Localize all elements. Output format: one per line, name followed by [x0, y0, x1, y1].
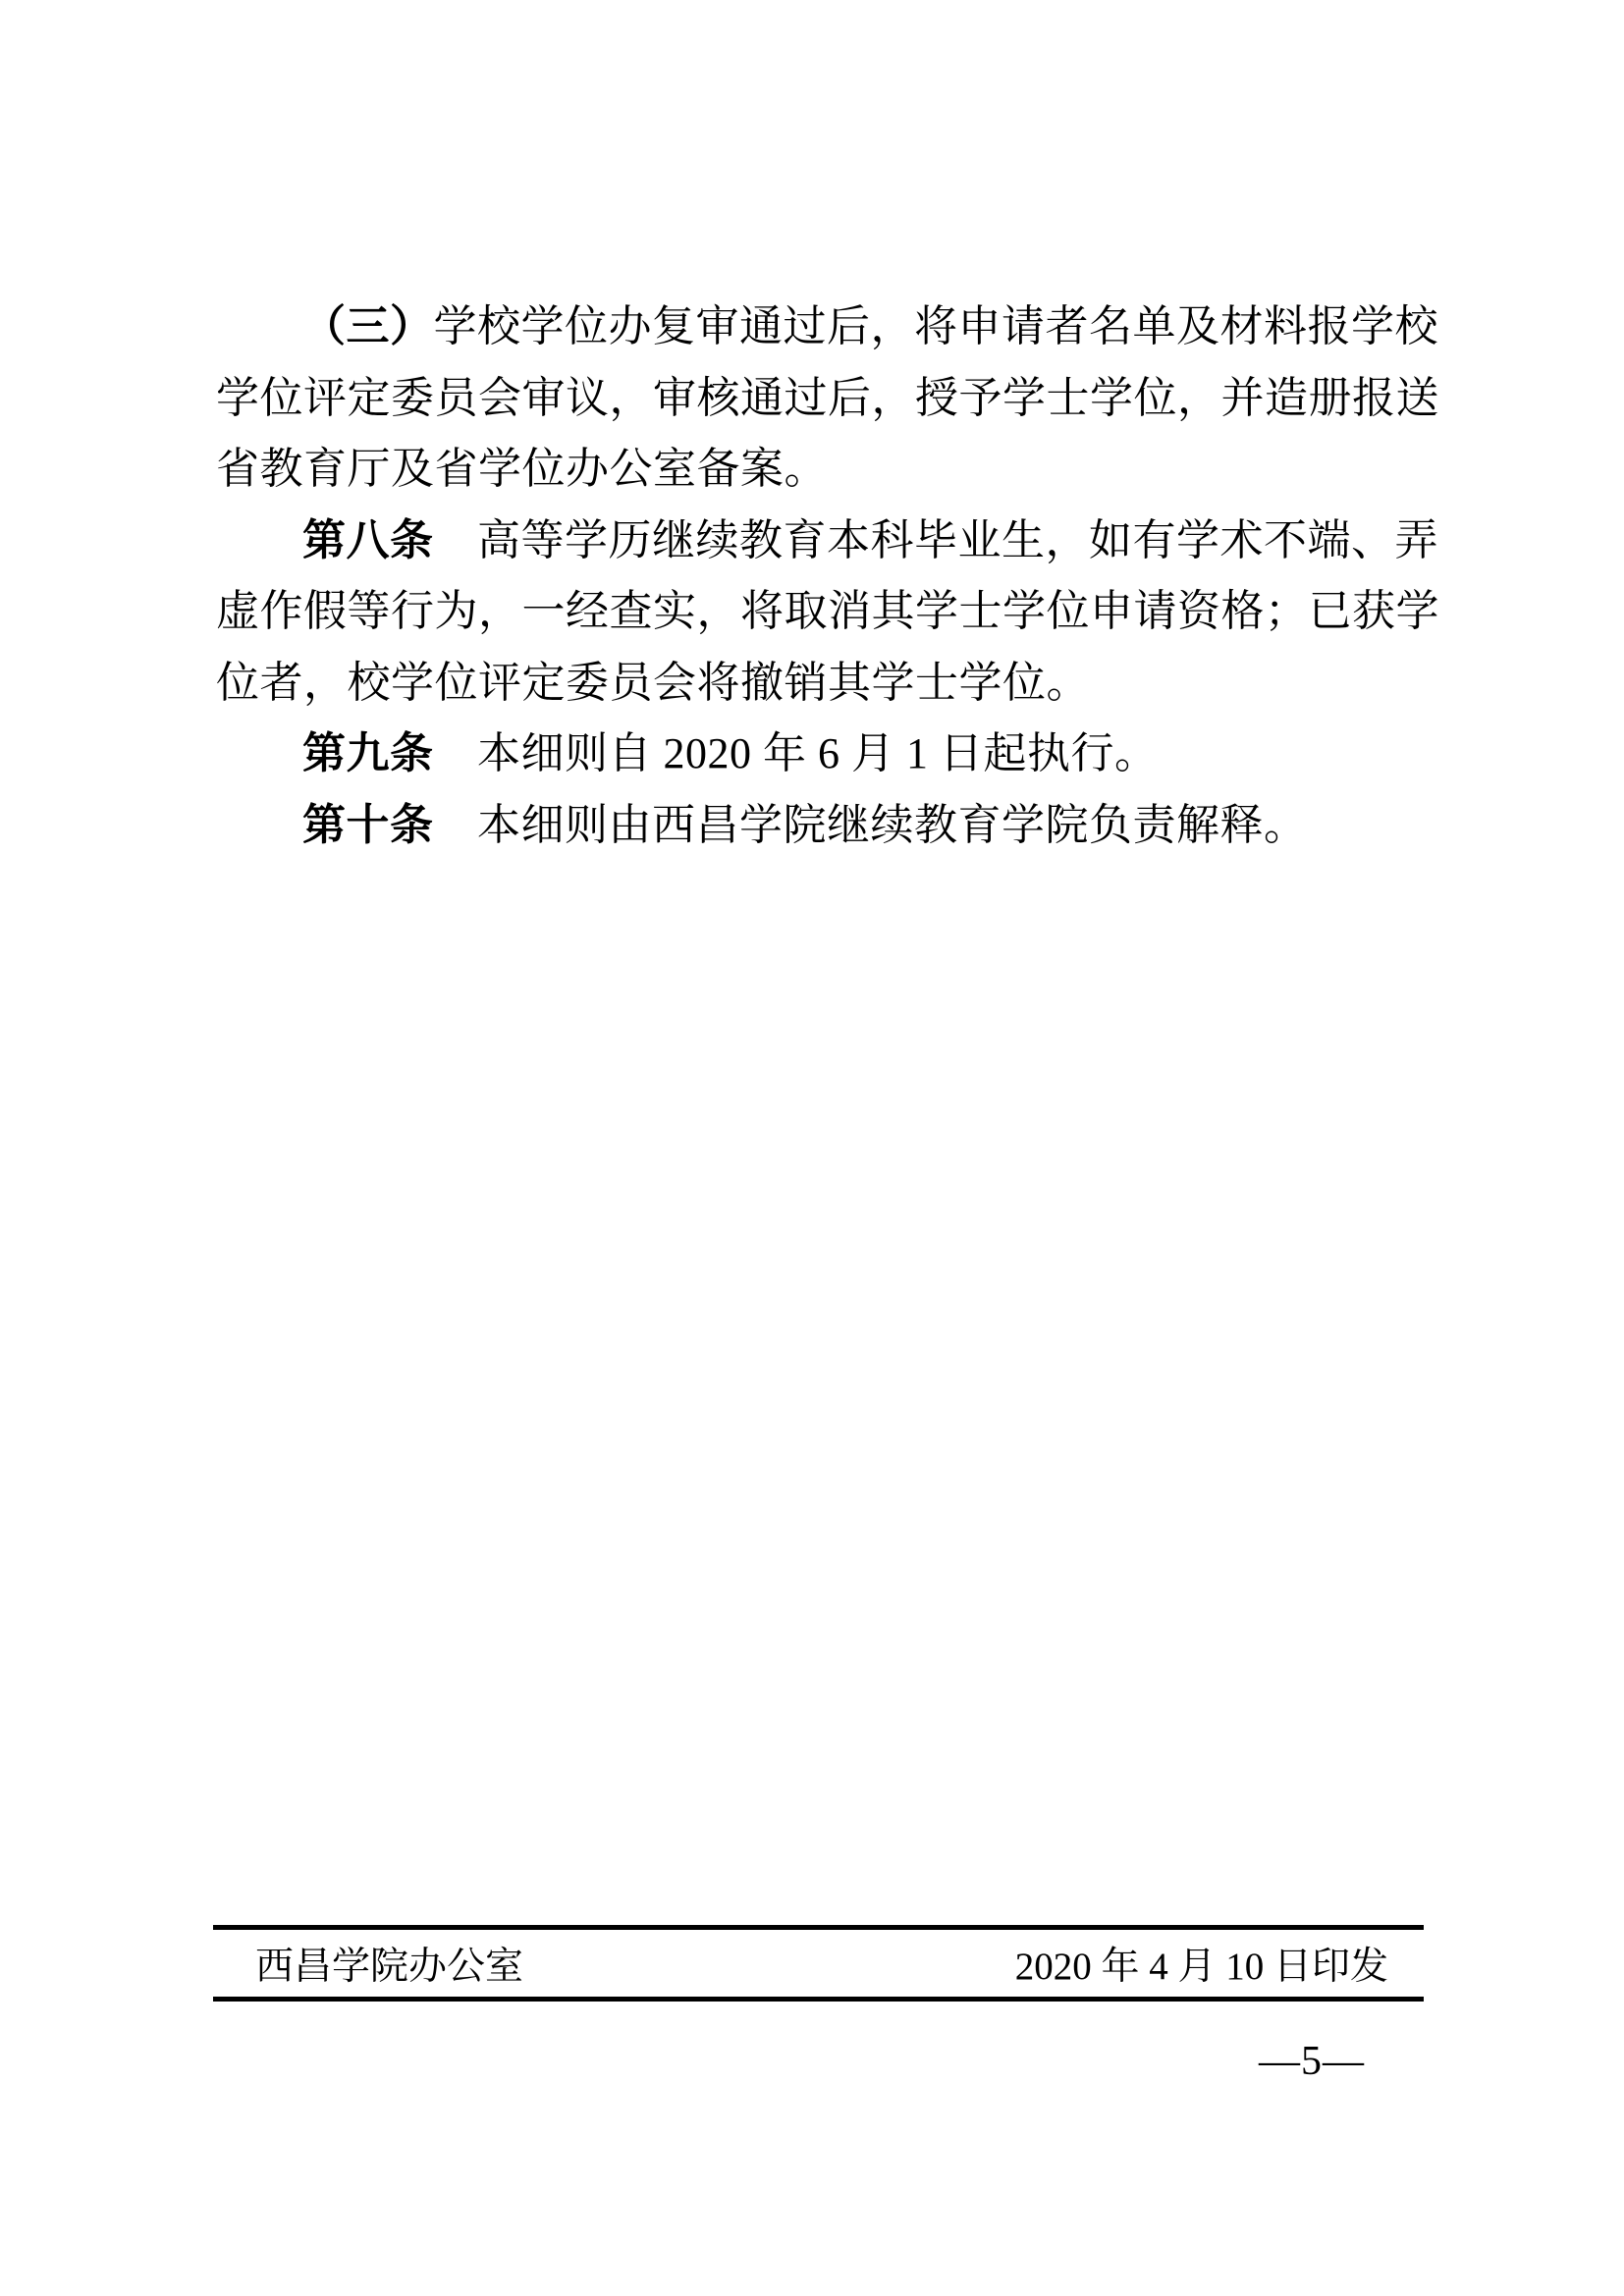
article-number-label: 第九条: [302, 729, 434, 777]
line-text: 省教育厅及省学位办公室备案。: [216, 445, 828, 493]
page-number: —5—: [1259, 2038, 1365, 2085]
line-text: 学校学位办复审通过后，将申请者名单及材料报学校: [434, 302, 1439, 350]
text-line: （三）学校学位办复审通过后，将申请者名单及材料报学校: [216, 292, 1424, 363]
text-line: 省教育厅及省学位办公室备案。: [216, 434, 1424, 506]
line-text: 本细则由西昌学院继续教育学院负责解释。: [434, 801, 1308, 849]
article-number-label: （三）: [302, 302, 434, 350]
document-page: （三）学校学位办复审通过后，将申请者名单及材料报学校 学位评定委员会审议，审核通…: [0, 0, 1624, 2296]
article-number-label: 第八条: [302, 516, 434, 564]
text-line: 虚作假等行为，一经查实，将取消其学士学位申请资格；已获学: [216, 576, 1424, 648]
footer-bottom-rule: [213, 1997, 1424, 2002]
text-line: 第八条 高等学历继续教育本科毕业生，如有学术不端、弄: [216, 506, 1424, 577]
text-line: 学位评定委员会审议，审核通过后，授予学士学位，并造册报送: [216, 363, 1424, 435]
issuing-office-label: 西昌学院办公室: [255, 1936, 523, 1991]
line-text: 本细则自 2020 年 6 月 1 日起执行。: [434, 729, 1159, 777]
text-line: 位者，校学位评定委员会将撤销其学士学位。: [216, 648, 1424, 720]
print-date-label: 2020 年 4 月 10 日印发: [1015, 1936, 1388, 1991]
line-text: 学位评定委员会审议，审核通过后，授予学士学位，并造册报送: [216, 374, 1439, 422]
line-text: 虚作假等行为，一经查实，将取消其学士学位申请资格；已获学: [216, 587, 1439, 635]
article-number-label: 第十条: [302, 801, 434, 849]
text-line: 第九条 本细则自 2020 年 6 月 1 日起执行。: [216, 719, 1424, 790]
line-text: 高等学历继续教育本科毕业生，如有学术不端、弄: [434, 516, 1439, 564]
text-line: 第十条 本细则由西昌学院继续教育学院负责解释。: [216, 790, 1424, 862]
line-text: 位者，校学位评定委员会将撤销其学士学位。: [216, 659, 1090, 707]
footer: 西昌学院办公室 2020 年 4 月 10 日印发: [213, 1930, 1424, 1997]
document-body: （三）学校学位办复审通过后，将申请者名单及材料报学校 学位评定委员会审议，审核通…: [216, 292, 1424, 861]
